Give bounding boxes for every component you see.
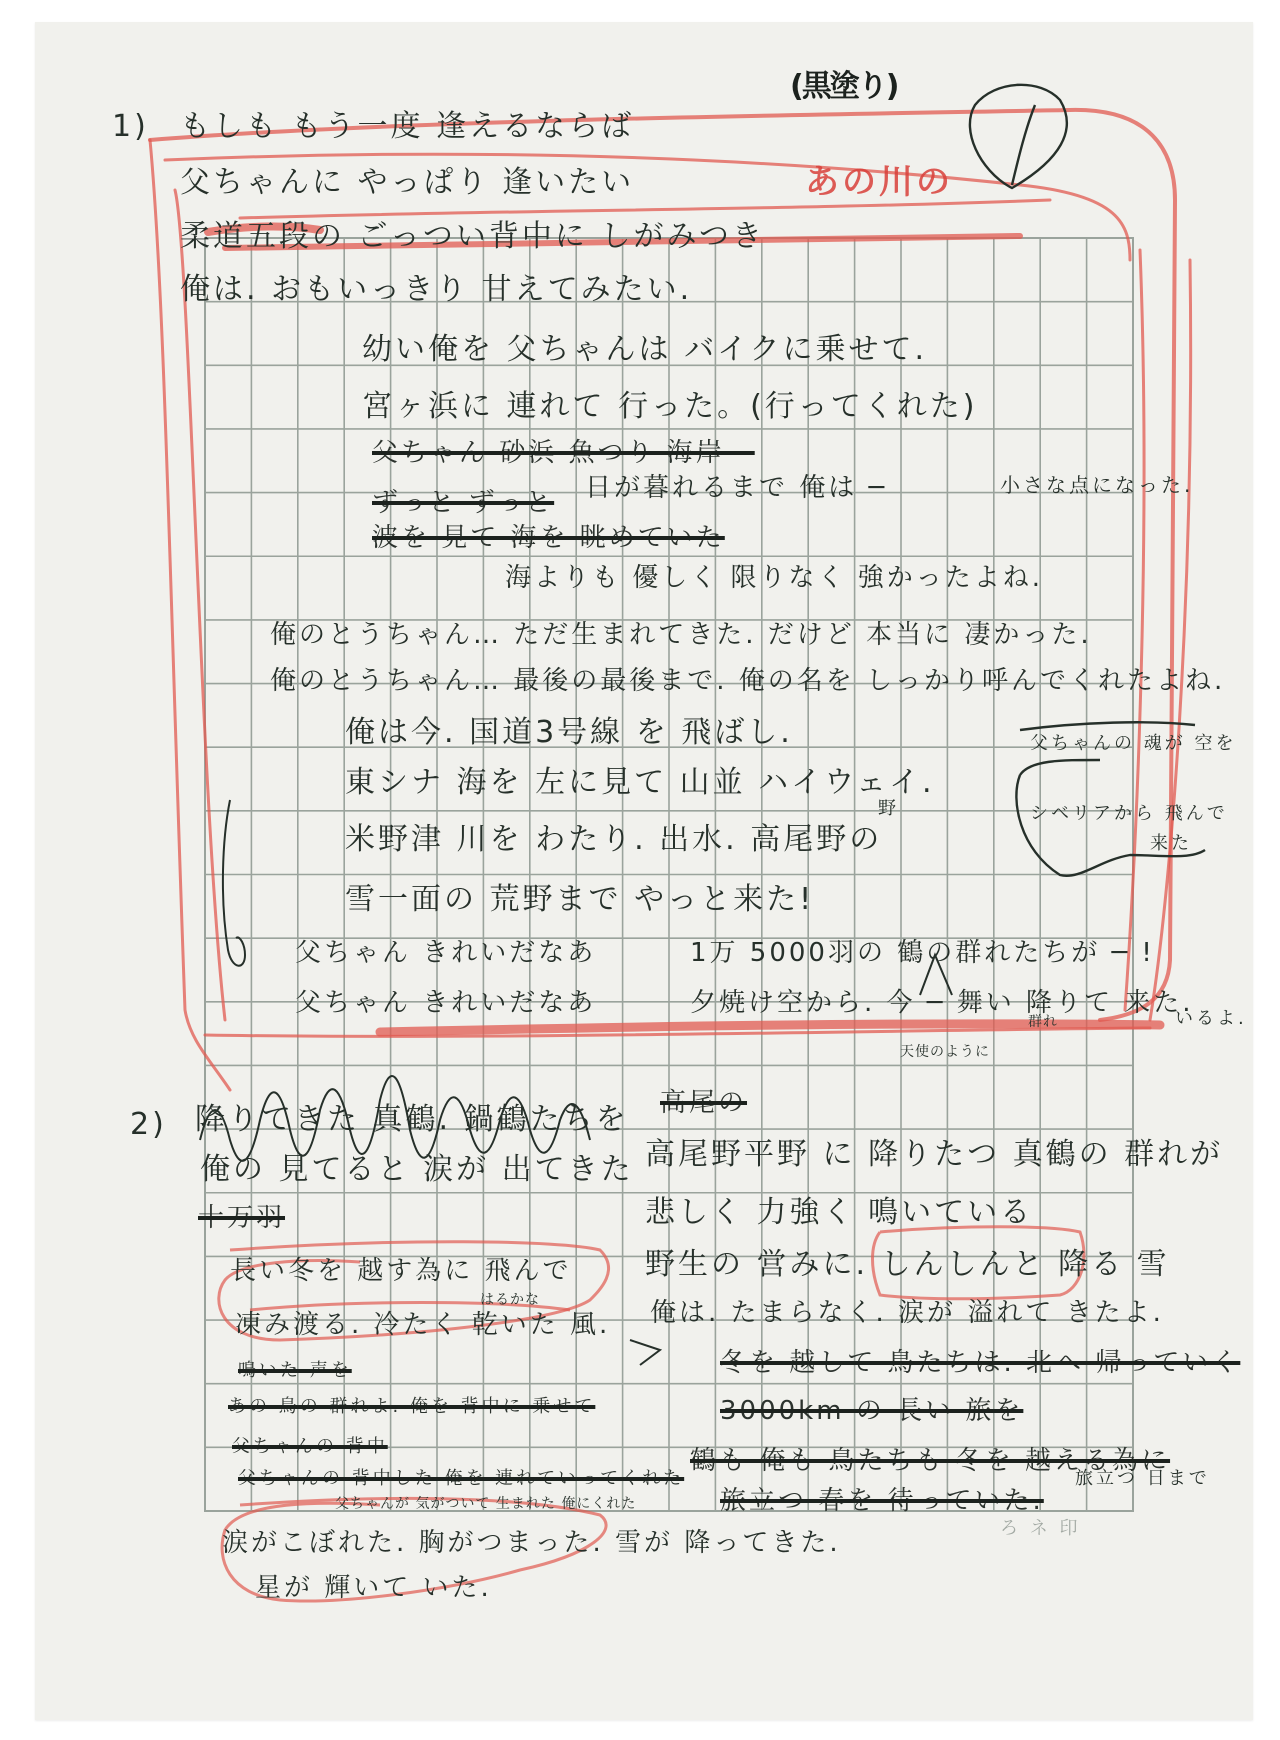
s1-struck-3: 波を 見て 海を 眺めていた [372,525,725,551]
margin-note-line-3: 来た [1150,835,1192,853]
s1-revised-tail: 小さな点になった. [1000,475,1193,495]
top-scribble: (黒塗り) [790,72,897,102]
s1-closing-left-1: 父ちゃん きれいだなあ [295,940,596,966]
s2-right-2: 悲しく 力強く 鳴いている [645,1198,1033,1228]
s2-right-header: 高尾の [660,1090,747,1116]
s2-left-furigana: はるかな [480,1293,540,1307]
s1-closing-right-2: 夕焼け空から. 今 ─ 舞い 降りて 来た. [690,990,1194,1016]
s2-right-1: 高尾野平野 に 降りたつ 真鶴の 群れが [645,1140,1223,1170]
s1-journey-4: 雪一面の 荒野まで やっと来た! [345,885,814,915]
s2-right-4: 俺は. たまらなく. 涙が 溢れて きたよ. [650,1300,1164,1326]
s1-revised-line: 日が暮れるまで 俺は ─ [585,475,887,501]
s2-scribbled-2: 俺の 見てると 涙が 出てきた [200,1155,634,1185]
s1-line-3: 柔道五段の ごっつい背中に しがみつき [180,222,765,252]
s2-left-struck-2: あの 鳥の 群れよ. 俺を 背中に 乗せて [228,1398,595,1416]
s1-journey-2: 東シナ 海を 左に見て 山並 ハイウェイ. [345,768,934,798]
s1-furigana: 野 [878,800,899,818]
s1-line-1: もしも もう一度 逢えるならば [180,112,634,142]
s1-insert-angel: 天使のように [900,1045,990,1059]
s1-father-line-2: 俺のとうちゃん… 最後の最後まで. 俺の名を しっかり呼んでくれたよね. [270,668,1225,694]
s2-struck-short: 十万羽 [198,1205,285,1231]
s1-indent-1: 幼い俺を 父ちゃんは バイクに乗せて. [362,335,927,365]
s2-left-struck-4: 父ちゃんの 背中した 俺を 連れていってくれた [238,1470,684,1488]
s2-left-struck-3: 父ちゃんの 背中 [232,1438,388,1456]
s1-father-line-1: 俺のとうちゃん… ただ生まれてきた. だけど 本当に 凄かった. [270,622,1092,648]
s1-closing-right-1: 1万 5000羽の 鶴の群れたちが ─ ! [690,940,1155,966]
section-2-number: 2) [130,1110,167,1140]
s1-journey-1: 俺は今. 国道3号線 を 飛ばし. [345,718,793,748]
s2-scribbled-1: 降りてきた 真鶴. 鍋鶴たちを [195,1105,629,1135]
s2-right-3: 野生の 営みに. しんしんと 降る 雪 [645,1250,1170,1280]
s2-left-final-1: 涙がこぼれた. 胸がつまった. 雪が 降ってきた. [222,1530,841,1556]
s2-left-1: 長い冬を 越す為に 飛んで [230,1258,572,1284]
margin-note-line-2: シベリアから 飛んで [1030,805,1228,823]
s2-left-insert: 父ちゃんが 気がついて 生まれた 俺にくれた [335,1497,636,1511]
s2-right-struck-4: 旅立つ 春を 待っていた. [720,1488,1044,1514]
s1-closing-left-2: 父ちゃん きれいだなあ [295,990,596,1016]
margin-note-line-1: 父ちゃんの 魂が 空を [1030,735,1236,753]
s2-left-final-2: 星が 輝いて いた. [255,1575,492,1601]
s2-right-insert: 旅立つ 日まで [1075,1470,1210,1488]
s1-struck-2: ずっと ずっと [372,490,554,516]
s1-after-line: 海よりも 優しく 限りなく 強かったよね. [505,565,1043,591]
s1-journey-3: 米野津 川を わたり. 出水. 高尾野の [345,825,882,855]
section-1-number: 1) [112,112,149,142]
s1-line-2: 父ちゃんに やっぱり 逢いたい [180,168,634,198]
s2-right-struck-1: 冬を 越して 鳥たちは. 北へ 帰っていく [720,1350,1240,1376]
s1-struck-1: 父ちゃん 砂浜 魚つり 海岸 ─ [372,440,755,466]
s2-right-struck-2: 3000km の 長い 旅を [720,1398,1023,1424]
s2-left-struck-1: 鳴いた 声を [238,1362,352,1380]
red-title-annotation: あの川の [805,165,953,199]
grey-stamp: ろ ネ 印 [1000,1520,1080,1538]
s1-trailing: いるよ. [1175,1010,1247,1028]
s1-insert-small: 群れ [1028,1015,1058,1029]
s1-indent-2: 宮ヶ浜に 連れて 行った。(行ってくれた) [362,392,977,422]
s2-left-2: 凍み渡る. 冷たく 乾いた 風. [235,1312,610,1338]
s1-line-4: 俺は. おもいっきり 甘えてみたい. [180,275,692,305]
